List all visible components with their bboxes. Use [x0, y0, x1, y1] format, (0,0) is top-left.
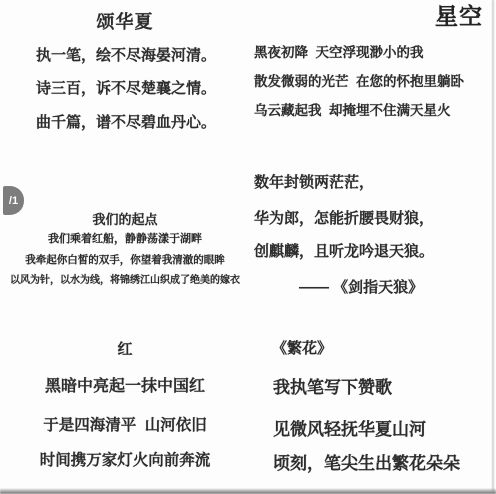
poem-line: 数年封锁两茫茫，	[254, 174, 374, 193]
right-edge-line	[492, 0, 494, 494]
poem-line: 黑暗中亮起一抹中国红	[36, 377, 214, 397]
poem-line: 时间携万家灯火向前奔流	[36, 451, 214, 470]
poem-title-xing-kong: 星空	[435, 2, 483, 31]
document-page: 颂华夏 执一笔，绘不尽海晏河清。 诗三百，诉不尽楚襄之情。 曲千篇，谱不尽碧血丹…	[0, 0, 496, 494]
poem-attribution: —— 《剑指天狼》	[299, 279, 423, 298]
poem-title-hong: 红	[36, 341, 214, 360]
poem-line: 乌云藏起我 却掩埋不住满天星火	[254, 103, 451, 120]
poem-line: 执一笔，绘不尽海晏河清。	[36, 47, 216, 66]
poem-line: 我执笔写下赞歌	[273, 377, 392, 398]
poem-line: 以风为针，以水为线，将锦绣江山织成了绝美的嫁衣	[0, 275, 250, 288]
poem-title-qidian: 我们的起点	[0, 212, 250, 228]
poem-line: 散发微弱的光芒 在您的怀抱里躺卧	[254, 74, 464, 91]
poem-line: 于是四海清平 山河依旧	[36, 416, 214, 435]
poem-line: 我牵起你白皙的双手，你望着我清澈的眼眸	[0, 254, 250, 267]
poem-title-song-huaxia: 颂华夏	[36, 11, 214, 34]
bottom-edge-line	[0, 488, 496, 494]
poem-line: 顷刻，笔尖生出繁花朵朵	[273, 453, 460, 474]
poem-line: 诗三百，诉不尽楚襄之情。	[36, 80, 216, 99]
poem-line: 我们乘着红船，静静荡漾于湖畔	[0, 233, 250, 247]
poem-line: 黑夜初降 天空浮现渺小的我	[254, 45, 424, 62]
poem-line: 见微风轻抚华夏山河	[273, 419, 426, 440]
poem-line: 创麒麟，且听龙吟退天狼。	[254, 243, 434, 262]
poem-line: 曲千篇，谱不尽碧血丹心。	[36, 114, 216, 133]
page-number-badge[interactable]: /1	[3, 186, 24, 215]
poem-line: 华为郎，怎能折腰畏财狼，	[254, 210, 434, 229]
poem-title-fanhua: 《繁花》	[272, 340, 332, 359]
